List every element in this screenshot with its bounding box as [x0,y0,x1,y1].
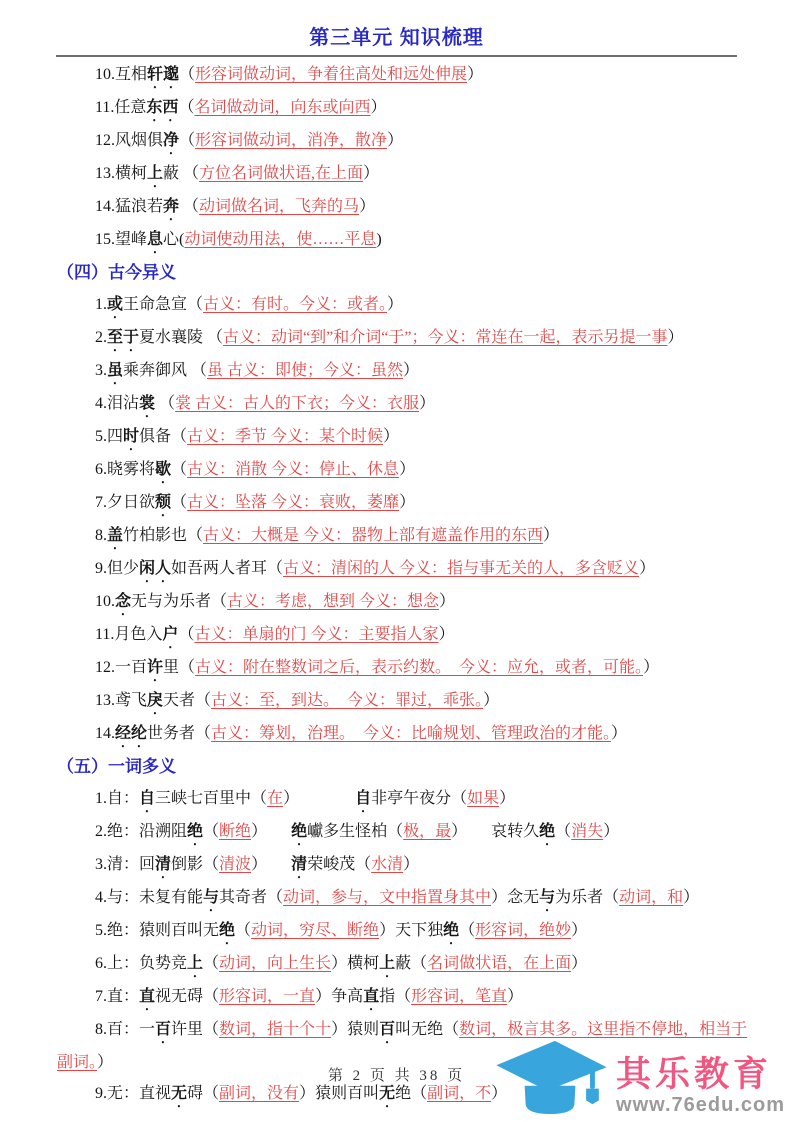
annotation-text: 虽 古义：即使；今义：虽然 [207,362,403,379]
annotation-text: 形容词，绝妙 [475,922,571,939]
annotation-text: 动词，向上生长 [219,955,331,972]
content-line: 14.经纶世务者（古义：筹划，治理。 今义：比喻规划、管理政治的才能。） [57,718,749,751]
plain-text: 3.清：回 [95,856,155,873]
annotation-text: 副词，没有 [219,1085,299,1102]
plain-text: 8. [95,527,107,544]
plain-text: ） [611,725,627,742]
emphasized-term: 歇 [155,461,171,478]
content-line: 10.念无与为乐者（古义：考虑，想到 今义：想念） [57,586,749,619]
plain-text: 2.绝：沿溯阻 [95,823,187,840]
annotation-text: 断绝 [219,823,251,840]
plain-text: 荣峻茂（ [307,856,371,873]
annotation-text: 动词使动用法，使……平息 [184,231,376,248]
plain-text: 无与为乐者（ [131,593,227,610]
annotation-text: 古义：季节 今义：某个时候 [187,428,383,445]
plain-text: 如吾两人者耳（ [171,560,283,577]
content-line: 5.四时俱备（古义：季节 今义：某个时候） [57,421,749,454]
logo-website-url: www.76edu.com [616,1094,785,1116]
plain-text: 王命急宣（ [123,296,203,313]
content-line: 1.自：自三峡七百里中（在） 自非亭午夜分（如果） [57,783,749,816]
plain-text: 碍（ [187,1085,219,1102]
plain-text: 世务者（ [147,725,211,742]
emphasized-term: 无 [379,1085,395,1102]
plain-text: ） 哀转久 [451,823,539,840]
plain-text: 指（ [379,988,411,1005]
emphasized-term: 时 [123,428,139,445]
content-line: 11.月色入户（古义：单扇的门 今义：主要指人家） [57,619,749,652]
annotation-text: 方位名词做状语,在上面 [199,165,363,182]
plain-text: ） [571,922,587,939]
plain-text: （ [179,66,195,83]
plain-text: （ [179,198,199,215]
content-line: 9.但少闲人如吾两人者耳（古义：清闲的人 今义：指与事无关的人，多含贬义） [57,553,749,586]
plain-text: 里（ [163,659,195,676]
plain-text: 为乐者（ [555,889,619,906]
content-line: 11.任意东西（名词做动词，向东或向西） [57,92,749,125]
content-line: 2.绝：沿溯阻绝（断绝） 绝巘多生怪柏（极，最） 哀转久绝（消失） [57,816,749,849]
emphasized-term: 绝 [219,922,235,939]
content-line: 3.虽乘奔御风 （虽 古义：即使；今义：虽然） [57,355,749,388]
emphasized-term: 息 [147,231,163,248]
annotation-text: 水清 [371,856,403,873]
emphasized-term: 自 [139,790,155,807]
content-line: 6.上：负势竞上（动词，向上生长）横柯上蔽（名词做状语，在上面） [57,948,749,981]
annotation-text: 动词做名词，飞奔的马 [199,198,359,215]
plain-text: （ [555,823,571,840]
annotation-text: 古义：坠落 今义：衰败，萎靡 [187,494,399,511]
plain-text: 其奇者（ [219,889,283,906]
emphasized-term: 绝 [443,922,459,939]
annotation-text: 古义：清闲的人 今义：指与事无关的人，多含贬义 [283,560,639,577]
plain-text: ） [363,165,379,182]
plain-text: 心( [163,231,184,248]
plain-text: ） [283,790,355,807]
emphasized-term: 百 [379,1021,395,1038]
plain-text: ） [438,626,454,643]
annotation-text: 古义：考虑，想到 今义：想念 [227,593,439,610]
plain-text: 蔽（ [395,955,427,972]
annotation-text: 动词，参与，文中指置身其中 [283,889,491,906]
emphasized-term: 或 [107,296,123,313]
emphasized-term: 念 [115,593,131,610]
plain-text: 1. [95,296,107,313]
plain-text: 10. [95,593,115,610]
content-line: 1.或王命急宣（古义：有时。今义：或者。） [57,289,749,322]
plain-text: ）猿则百叫 [299,1085,379,1102]
plain-text: 5.绝：猿则百叫无 [95,922,219,939]
plain-text: 11.任意 [95,99,146,116]
plain-text: 蔽 （ [163,165,199,182]
emphasized-term: 直 [139,988,155,1005]
emphasized-term: 自 [355,790,371,807]
content-line: 14.猛浪若奔 （动词做名词，飞奔的马） [57,191,749,224]
emphasized-term: 净 [163,132,179,149]
annotation-text: 古义：有时。今义：或者。 [203,296,387,313]
annotation-text: 清波 [219,856,251,873]
emphasized-term: 上 [147,165,163,182]
annotation-text: 形容词，一直 [219,988,315,1005]
annotation-text: 古义：动词“到”和介词“于”；今义：常连在一起，表示另提一事 [223,329,667,346]
plain-text: 13.鸢飞 [95,692,147,709]
plain-text: 非亭午夜分（ [371,790,467,807]
emphasized-term: 东西 [146,99,178,116]
emphasized-term: 至于 [107,329,139,346]
emphasized-term: 许 [147,659,163,676]
annotation-text: 古义：附在整数词之后，表示约数。 今义：应允，或者，可能。 [195,659,643,676]
emphasized-term: 奔 [163,198,179,215]
content-line: 12.风烟俱净（形容词做动词，消净，散净） [57,125,749,158]
plain-text: 竹柏影也（ [123,527,203,544]
plain-text: 三峡七百里中（ [155,790,267,807]
graduation-cap-icon [492,1036,610,1116]
content-line: 7.直：直视无碍（形容词，一直）争高直指（形容词，笔直） [57,981,749,1014]
annotation-text: 古义：筹划，治理。 今义：比喻规划、管理政治的才能。 [211,725,611,742]
annotation-text: 极，最 [403,823,451,840]
plain-text: （ [203,955,219,972]
plain-text: ） [499,790,515,807]
plain-text: ） [359,198,375,215]
annotation-text: 古义：单扇的门 今义：主要指人家 [194,626,438,643]
emphasized-term: 与 [203,889,219,906]
plain-text: ） [251,823,291,840]
plain-text: ） [439,593,455,610]
plain-text: 倒影（ [171,856,219,873]
plain-text: ）天下独 [379,922,443,939]
plain-text: （ [459,922,475,939]
emphasized-term: 上 [379,955,395,972]
annotation-text: 形容词，笔直 [411,988,507,1005]
plain-text: 6.上：负势竞 [95,955,187,972]
plain-text: （ [203,823,219,840]
annotation-text: 形容词做动词，争着往高处和远处伸展 [195,66,467,83]
plain-text: ） [667,329,683,346]
plain-text: 绝（ [395,1085,427,1102]
emphasized-term: 与 [539,889,555,906]
logo-text-block: 其乐教育 www.76edu.com [616,1057,785,1116]
plain-text: 俱备（ [139,428,187,445]
emphasized-term: 无 [171,1085,187,1102]
plain-text: （ [171,461,187,478]
plain-text: 12.一百 [95,659,147,676]
emphasized-term: 闲人 [139,560,171,577]
content-line: 13.横柯上蔽 （方位名词做状语,在上面） [57,158,749,191]
annotation-text: 数词，指十个十 [219,1021,331,1038]
emphasized-term: 百 [155,1021,171,1038]
header-divider [56,55,737,57]
plain-text: 11.月色入 [95,626,162,643]
plain-text: ）猿则 [331,1021,379,1038]
plain-text: （ [178,99,194,116]
annotation-text: 动词，和 [619,889,683,906]
plain-text: 15.望峰 [95,231,147,248]
plain-text: 许里（ [171,1021,219,1038]
section-heading: （四）古今异义 [57,257,749,289]
plain-text: 9.但少 [95,560,139,577]
plain-text: ）横柯 [331,955,379,972]
plain-text: ） [403,856,419,873]
plain-text: ） [467,66,483,83]
plain-text: 10.互相 [95,66,147,83]
plain-text: ） [399,461,415,478]
emphasized-term: 绝 [291,823,307,840]
emphasized-term: 直 [363,988,379,1005]
content-line: 13.鸢飞戾天者（古义：至，到达。 今义：罪过，乖张。） [57,685,749,718]
emphasized-term: 颓 [155,494,171,511]
plain-text: （ [171,494,187,511]
emphasized-term: 经纶 [115,725,147,742]
annotation-text: 古义：至，到达。 今义：罪过，乖张。 [211,692,483,709]
content-line: 4.与：未复有能与其奇者（动词，参与，文中指置身其中）念无与为乐者（动词，和） [57,882,749,915]
plain-text: （ [155,395,175,412]
content-line: 12.一百许里（古义：附在整数词之后，表示约数。 今义：应允，或者，可能。） [57,652,749,685]
plain-text: 夏水襄陵 （ [139,329,223,346]
plain-text: ） [251,856,291,873]
content-line: 6.晓雾将歇（古义：消散 今义：停止、休息） [57,454,749,487]
annotation-text: 在 [267,790,283,807]
emphasized-term: 户 [162,626,178,643]
plain-text: 3. [95,362,107,379]
page-title: 第三单元 知识梳理 [0,0,793,50]
plain-text: ） [603,823,619,840]
content-line: 4.泪沾裳 （裳 古义：古人的下衣；今义：衣服） [57,388,749,421]
emphasized-term: 虽 [107,362,123,379]
plain-text: ） [507,988,523,1005]
plain-text: ） [370,99,386,116]
annotation-text: 动词，穷尽、断绝 [251,922,379,939]
plain-text: 6.晓雾将 [95,461,155,478]
annotation-text: 如果 [467,790,499,807]
section-heading: （五）一词多义 [57,751,749,783]
content-line: 15.望峰息心(动词使动用法，使……平息) [57,224,749,257]
plain-text: 叫无绝（ [395,1021,459,1038]
annotation-text: 副词，不 [427,1085,491,1102]
plain-text: 1.自： [95,790,139,807]
annotation-text: 形容词做动词，消净，散净 [195,132,387,149]
plain-text: ） [419,395,435,412]
plain-text: ） [643,659,659,676]
plain-text: ） [543,527,559,544]
annotation-text: 名词做状语，在上面 [427,955,571,972]
document-body: 10.互相轩邈（形容词做动词，争着往高处和远处伸展）11.任意东西（名词做动词，… [57,59,749,1111]
emphasized-term: 清 [291,856,307,873]
annotation-text: 古义：大概是 今义：器物上部有遮盖作用的东西 [203,527,543,544]
plain-text: 8.百：一 [95,1021,155,1038]
content-line: 5.绝：猿则百叫无绝（动词，穷尽、断绝）天下独绝（形容词，绝妙） [57,915,749,948]
plain-text: ） [387,296,403,313]
plain-text: 4.与：未复有能 [95,889,203,906]
plain-text: 乘奔御风 （ [123,362,207,379]
annotation-text: 名词做动词，向东或向西 [194,99,370,116]
emphasized-term: 轩邈 [147,66,179,83]
emphasized-term: 裳 [139,395,155,412]
emphasized-term: 绝 [187,823,203,840]
plain-text: 天者（ [163,692,211,709]
plain-text: ） [483,692,499,709]
annotation-text: 裳 古义：古人的下衣；今义：衣服 [175,395,419,412]
plain-text: 13.横柯 [95,165,147,182]
plain-text: ） [403,362,419,379]
emphasized-term: 盖 [107,527,123,544]
plain-text: ） [639,560,655,577]
plain-text: ) [376,231,381,248]
plain-text: 7.夕日欲 [95,494,155,511]
emphasized-term: 上 [187,955,203,972]
plain-text: （ [235,922,251,939]
emphasized-term: 戾 [147,692,163,709]
plain-text: 9.无：直视 [95,1085,171,1102]
plain-text: ） [383,428,399,445]
plain-text: （ [178,626,194,643]
emphasized-term: 绝 [539,823,555,840]
emphasized-term: 清 [155,856,171,873]
plain-text: ）争高 [315,988,363,1005]
site-logo: 其乐教育 www.76edu.com [492,1036,785,1116]
annotation-text: 古义：消散 今义：停止、休息 [187,461,399,478]
plain-text: 5.四 [95,428,123,445]
plain-text: ） [571,955,587,972]
plain-text: ） [683,889,699,906]
plain-text: 4.泪沾 [95,395,139,412]
logo-brand-name: 其乐教育 [616,1057,772,1094]
content-line: 7.夕日欲颓（古义：坠落 今义：衰败，萎靡） [57,487,749,520]
plain-text: ）念无 [491,889,539,906]
plain-text: 2. [95,329,107,346]
content-line: 10.互相轩邈（形容词做动词，争着往高处和远处伸展） [57,59,749,92]
plain-text: 12.风烟俱 [95,132,163,149]
annotation-text: 消失 [571,823,603,840]
plain-text: 14.猛浪若 [95,198,163,215]
plain-text: 巘多生怪柏（ [307,823,403,840]
plain-text: ） [387,132,403,149]
content-line: 3.清：回清倒影（清波） 清荣峻茂（水清） [57,849,749,882]
plain-text: 视无碍（ [155,988,219,1005]
plain-text: ） [399,494,415,511]
content-line: 8.盖竹柏影也（古义：大概是 今义：器物上部有遮盖作用的东西） [57,520,749,553]
plain-text: （ [179,132,195,149]
plain-text: 14. [95,725,115,742]
content-line: 2.至于夏水襄陵 （古义：动词“到”和介词“于”；今义：常连在一起，表示另提一事… [57,322,749,355]
plain-text: 7.直： [95,988,139,1005]
